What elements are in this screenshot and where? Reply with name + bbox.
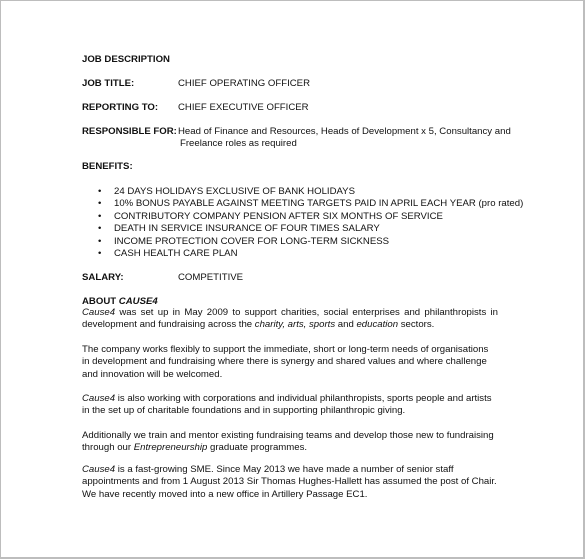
list-item: 24 DAYS HOLIDAYS EXCLUSIVE OF BANK HOLID… bbox=[114, 186, 355, 197]
about-paragraph-2: The company works flexibly to support th… bbox=[82, 344, 498, 381]
responsible-for-label: RESPONSIBLE FOR: bbox=[82, 126, 177, 137]
paragraph-text: is a fast-growing SME. Since May 2013 we… bbox=[82, 464, 497, 500]
paragraph-text: is also working with corporations and in… bbox=[82, 393, 492, 416]
responsible-for-value-line2: Freelance roles as required bbox=[180, 138, 297, 149]
company-name: Cause4 bbox=[82, 393, 115, 404]
paragraph-text: graduate programmes. bbox=[207, 442, 307, 453]
about-heading: ABOUT CAUSE4 bbox=[82, 296, 158, 307]
list-item: INCOME PROTECTION COVER FOR LONG-TERM SI… bbox=[114, 236, 389, 247]
job-title-label: JOB TITLE: bbox=[82, 78, 134, 89]
reporting-to-label: REPORTING TO: bbox=[82, 102, 158, 113]
list-item: CONTRIBUTORY COMPANY PENSION AFTER SIX M… bbox=[114, 211, 443, 222]
bullet-icon: • bbox=[98, 198, 101, 209]
paragraph-text: and bbox=[335, 319, 356, 330]
bullet-icon: • bbox=[98, 223, 101, 234]
document-heading: JOB DESCRIPTION bbox=[82, 54, 170, 65]
bullet-icon: • bbox=[98, 248, 101, 259]
about-paragraph-3: Cause4 is also working with corporations… bbox=[82, 393, 498, 418]
program-name: Entrepreneurship bbox=[134, 442, 208, 453]
about-paragraph-4: Additionally we train and mentor existin… bbox=[82, 430, 498, 455]
list-item: 10% BONUS PAYABLE AGAINST MEETING TARGET… bbox=[114, 198, 523, 209]
bullet-icon: • bbox=[98, 236, 101, 247]
benefits-label: BENEFITS: bbox=[82, 161, 133, 172]
sector-education: education bbox=[356, 319, 398, 330]
company-name: Cause4 bbox=[82, 307, 115, 318]
document-page: JOB DESCRIPTION JOB TITLE: CHIEF OPERATI… bbox=[0, 0, 585, 559]
job-title-value: CHIEF OPERATING OFFICER bbox=[178, 78, 310, 89]
salary-value: COMPETITIVE bbox=[178, 272, 243, 283]
sectors-text: charity, arts, sports bbox=[255, 319, 335, 330]
list-item: CASH HEALTH CARE PLAN bbox=[114, 248, 238, 259]
bullet-icon: • bbox=[98, 186, 101, 197]
paragraph-text: sectors. bbox=[398, 319, 434, 330]
reporting-to-value: CHIEF EXECUTIVE OFFICER bbox=[178, 102, 309, 113]
bullet-icon: • bbox=[98, 211, 101, 222]
about-paragraph-5: Cause4 is a fast-growing SME. Since May … bbox=[82, 464, 498, 501]
about-heading-prefix: ABOUT bbox=[82, 296, 119, 307]
list-item: DEATH IN SERVICE INSURANCE OF FOUR TIMES… bbox=[114, 223, 380, 234]
company-name: Cause4 bbox=[82, 464, 115, 475]
responsible-for-value-line1: Head of Finance and Resources, Heads of … bbox=[178, 126, 511, 137]
about-heading-name: CAUSE4 bbox=[119, 296, 158, 307]
salary-label: SALARY: bbox=[82, 272, 124, 283]
about-paragraph-1: Cause4 was set up in May 2009 to support… bbox=[82, 307, 498, 332]
